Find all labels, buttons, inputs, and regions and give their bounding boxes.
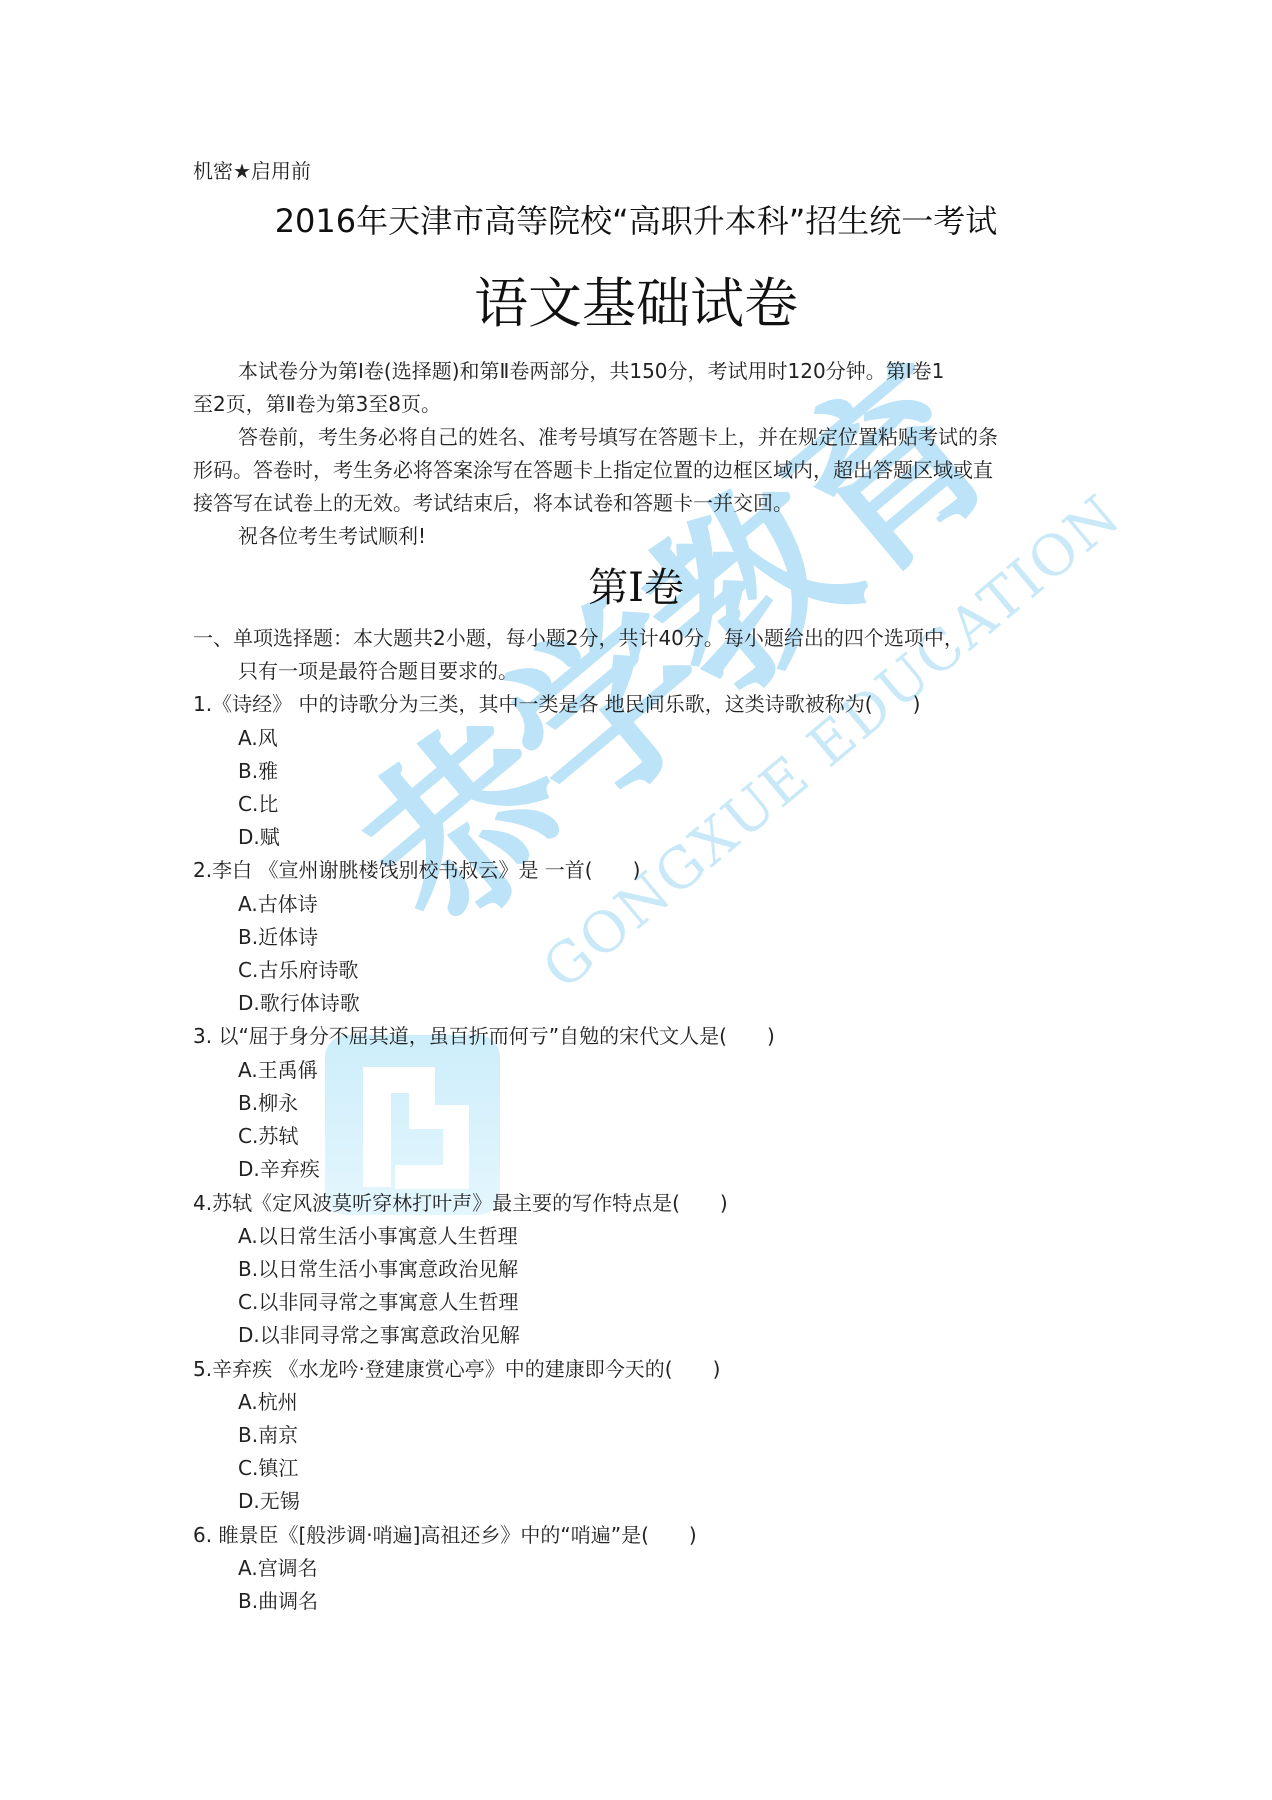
confidential-mark: 机密★启用前 bbox=[193, 158, 311, 184]
question-option: D.歌行体诗歌 bbox=[238, 990, 360, 1016]
question-option: B.近体诗 bbox=[238, 924, 318, 950]
question-option: C.比 bbox=[238, 791, 278, 817]
question-option: A.古体诗 bbox=[238, 891, 318, 917]
question-option: B.南京 bbox=[238, 1422, 298, 1448]
instruction-line: 至2页，第Ⅱ卷为第3至8页。 bbox=[193, 391, 441, 417]
question-option: A.王禹偁 bbox=[238, 1057, 318, 1083]
question-stem: 3. 以“屈于身分不屈其道，虽百折而何亏”自勉的宋代文人是( ) bbox=[193, 1023, 775, 1049]
section-heading-cont: 只有一项是最符合题目要求的。 bbox=[238, 658, 518, 684]
question-option: B.曲调名 bbox=[238, 1588, 318, 1614]
question-option: C.以非同寻常之事寓意人生哲理 bbox=[238, 1289, 518, 1315]
question-stem: 5.辛弃疾 《水龙吟·登建康赏心亭》中的建康即今天的( ) bbox=[193, 1356, 720, 1382]
instruction-line: 接答写在试卷上的无效。考试结束后，将本试卷和答题卡一并交回。 bbox=[193, 490, 793, 516]
question-option: B.雅 bbox=[238, 758, 278, 784]
exam-title: 2016年天津市高等院校“高职升本科”招生统一考试 bbox=[0, 200, 1272, 242]
question-option: D.无锡 bbox=[238, 1488, 300, 1514]
question-option: C.古乐府诗歌 bbox=[238, 957, 358, 983]
question-stem: 6. 睢景臣《[般涉调·哨遍]高祖还乡》中的“哨遍”是( ) bbox=[193, 1522, 697, 1548]
question-option: A.风 bbox=[238, 725, 278, 751]
instruction-line: 本试卷分为第Ⅰ卷(选择题)和第Ⅱ卷两部分，共150分，考试用时120分钟。第Ⅰ卷… bbox=[238, 358, 944, 384]
question-option: A.杭州 bbox=[238, 1389, 298, 1415]
question-option: A.宫调名 bbox=[238, 1555, 318, 1581]
question-option: A.以日常生活小事寓意人生哲理 bbox=[238, 1223, 518, 1249]
question-option: C.镇江 bbox=[238, 1455, 298, 1481]
good-luck-line: 祝各位考生考试顺利! bbox=[238, 523, 426, 549]
question-stem: 2.李白 《宣州谢朓楼饯别校书叔云》是 一首( ) bbox=[193, 857, 640, 883]
instruction-line: 答卷前，考生务必将自己的姓名、准考号填写在答题卡上，并在规定位置粘贴考试的条 bbox=[238, 424, 998, 450]
paper-title: 语文基础试卷 bbox=[0, 272, 1272, 336]
question-option: D.辛弃疾 bbox=[238, 1156, 320, 1182]
question-stem: 4.苏轼《定风波莫听穿林打叶声》最主要的写作特点是( ) bbox=[193, 1190, 728, 1216]
document-content: 机密★启用前 2016年天津市高等院校“高职升本科”招生统一考试 语文基础试卷 … bbox=[0, 0, 1272, 1800]
question-option: D.赋 bbox=[238, 824, 280, 850]
section-heading: 一、单项选择题：本大题共2小题，每小题2分，共计40分。每小题给出的四个选项中， bbox=[193, 625, 964, 651]
question-option: C.苏轼 bbox=[238, 1123, 298, 1149]
part-title: 第Ⅰ卷 bbox=[0, 563, 1272, 613]
instruction-line: 形码。答卷时，考生务必将答案涂写在答题卡上指定位置的边框区域内，超出答题区域或直 bbox=[193, 457, 993, 483]
question-option: D.以非同寻常之事寓意政治见解 bbox=[238, 1322, 520, 1348]
question-option: B.柳永 bbox=[238, 1090, 298, 1116]
exam-page: 恭学教育 GONGXUE EDUCATION 机密★启用前 2016年天津市高等… bbox=[0, 0, 1272, 1800]
question-stem: 1.《诗经》 中的诗歌分为三类，其中一类是各 地民间乐歌，这类诗歌被称为( ) bbox=[193, 691, 920, 717]
question-option: B.以日常生活小事寓意政治见解 bbox=[238, 1256, 518, 1282]
